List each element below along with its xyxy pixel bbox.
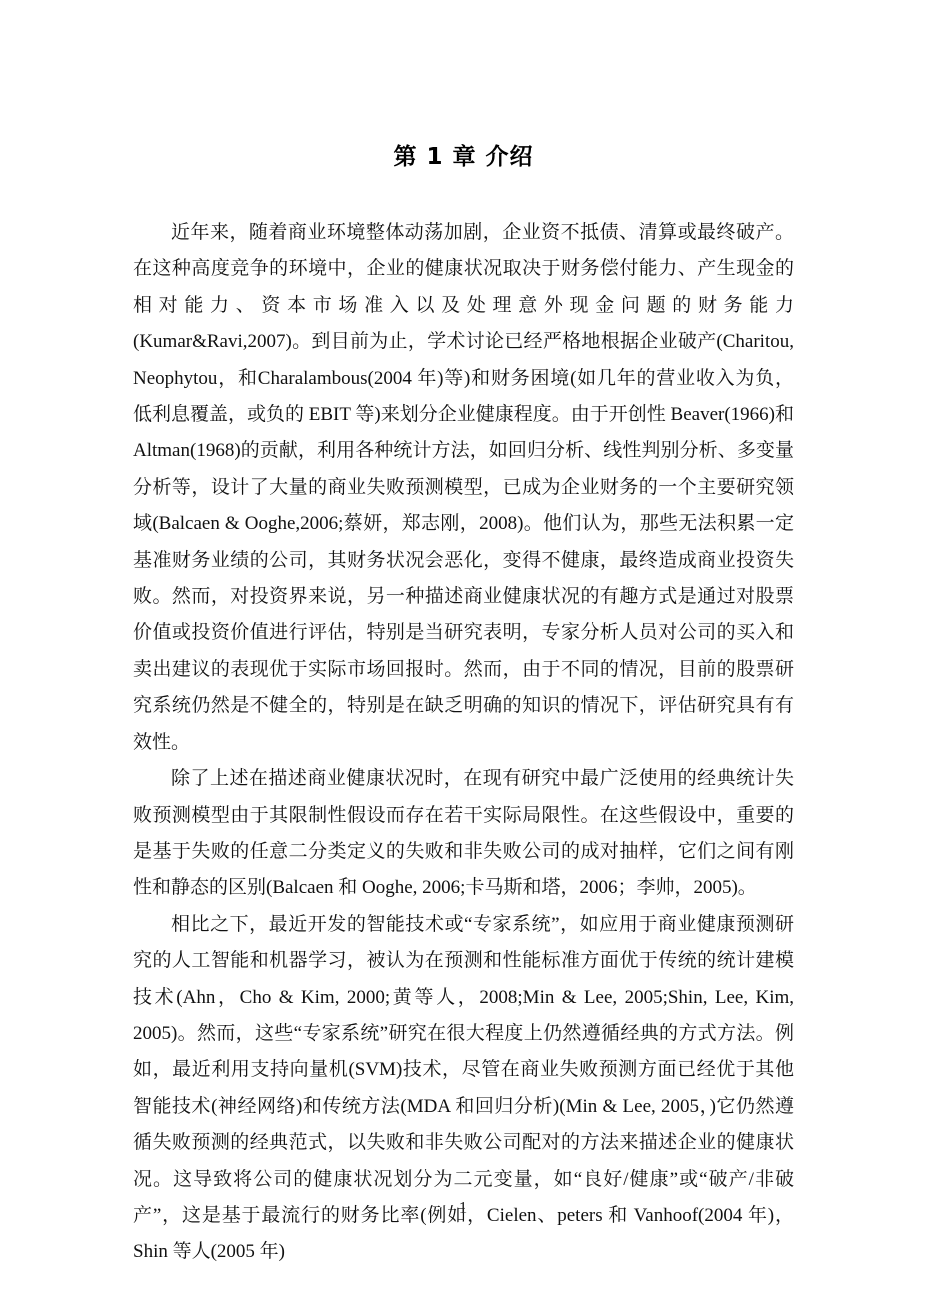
body-text: 近年来，随着商业环境整体动荡加剧，企业资不抵债、清算或最终破产。在这种高度竞争的… — [133, 215, 794, 1271]
chapter-title: 第 1 章 介绍 — [133, 140, 794, 174]
text-content: 第 1 章 介绍 近年来，随着商业环境整体动荡加剧，企业资不抵债、清算或最终破产… — [133, 140, 794, 1271]
paragraph-2: 除了上述在描述商业健康状况时，在现有研究中最广泛使用的经典统计失败预测模型由于其… — [133, 761, 794, 907]
paragraph-1: 近年来，随着商业环境整体动荡加剧，企业资不抵债、清算或最终破产。在这种高度竞争的… — [133, 215, 794, 761]
page-number: 1 — [0, 1198, 926, 1218]
document-page: 第 1 章 介绍 近年来，随着商业环境整体动荡加剧，企业资不抵债、清算或最终破产… — [0, 0, 926, 1309]
